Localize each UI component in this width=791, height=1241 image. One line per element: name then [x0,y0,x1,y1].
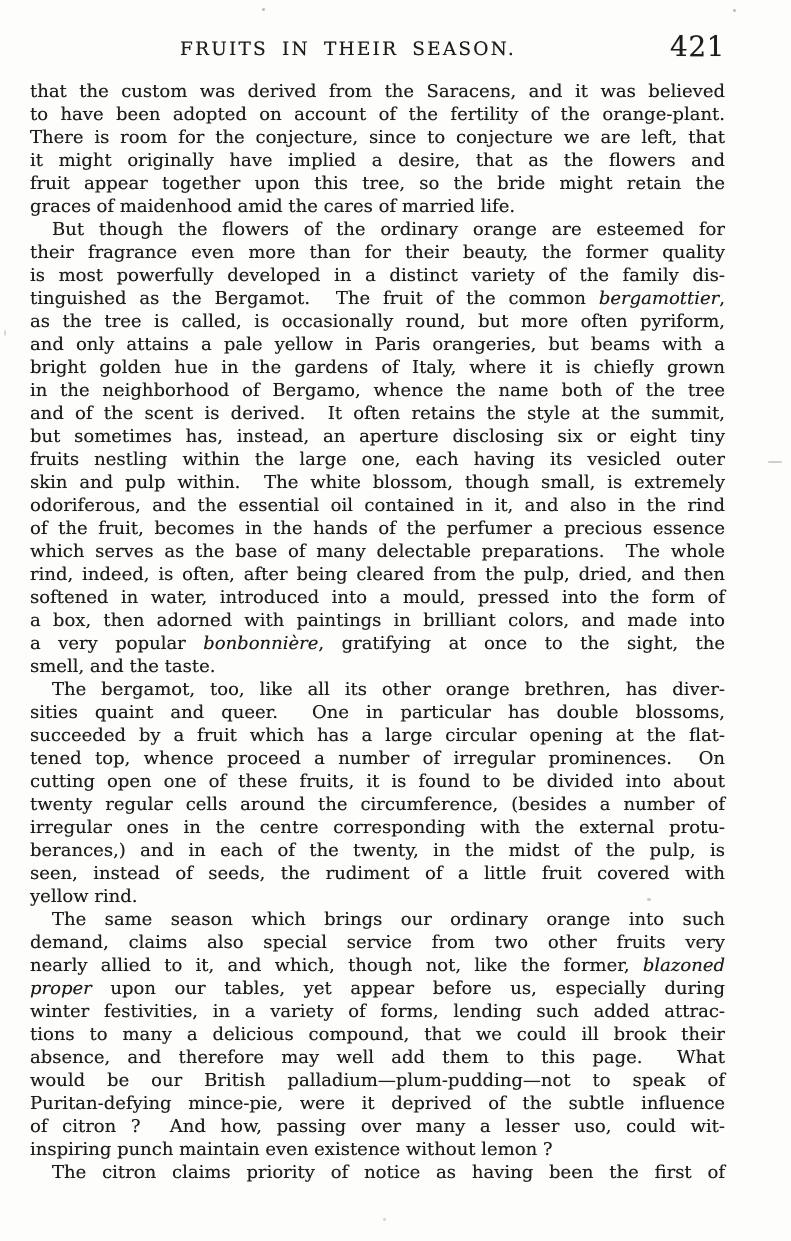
running-title: FRUITS IN THEIR SEASON. [180,39,516,60]
text-run: that the custom was derived from the Sar… [30,81,725,102]
text-line: Puritan-defying mince-pie, were it depri… [30,1092,725,1115]
text-run: Puritan-defying mince-pie, were it depri… [30,1093,725,1114]
text-run: The bergamot, too, like all its other or… [52,679,725,700]
text-run: winter festivities, in a variety of form… [30,1001,725,1022]
page-header: FRUITS IN THEIR SEASON. 421 [30,30,725,66]
text-line: of citron ? And how, passing over many a… [30,1115,725,1138]
italic-text: proper [30,978,92,999]
text-line: The bergamot, too, like all its other or… [30,678,725,701]
text-run: is most powerfully developed in a distin… [30,265,725,286]
text-run: tinguished as the Bergamot. The fruit of… [30,288,599,309]
text-run: upon our tables, yet appear before us, e… [92,978,725,999]
text-run: , gratifying at once to the sight, the [318,633,725,654]
text-line: berances,) and in each of the twenty, in… [30,839,725,862]
text-run: graces of maidenhood amid the cares of m… [30,196,515,217]
paragraph: that the custom was derived from the Sar… [30,80,725,218]
scan-speck [383,1218,386,1221]
text-line: absence, and therefore may well add them… [30,1046,725,1069]
text-line: but sometimes has, instead, an aperture … [30,425,725,448]
scanned-book-page: FRUITS IN THEIR SEASON. 421 that the cus… [0,0,791,1241]
text-run: bright golden hue in the gardens of Ital… [30,357,725,378]
text-line: tions to many a delicious compound, that… [30,1023,725,1046]
page-body: that the custom was derived from the Sar… [30,80,725,1184]
text-line: softened in water, introduced into a mou… [30,586,725,609]
scan-speck [647,898,651,901]
italic-text: bonbonnière [203,633,318,654]
text-run: There is room for the conjecture, since … [30,127,725,148]
text-line: twenty regular cells around the circumfe… [30,793,725,816]
text-run: fruit appear together upon this tree, so… [30,173,725,194]
text-line: graces of maidenhood amid the cares of m… [30,195,725,218]
text-line: bright golden hue in the gardens of Ital… [30,356,725,379]
text-run: But though the flowers of the ordinary o… [52,219,725,240]
text-line: succeeded by a fruit which has a large c… [30,724,725,747]
text-run: in the neighborhood of Bergamo, whence t… [30,380,725,401]
scan-speck [262,8,265,11]
italic-text: bergamottier [599,288,719,309]
text-run: rind, indeed, is often, after being clea… [30,564,725,585]
page-number: 421 [670,30,725,63]
text-run: demand, claims also special service from… [30,932,725,953]
text-run: as the tree is called, is occasionally r… [30,311,725,332]
text-line: to have been adopted on account of the f… [30,103,725,126]
text-line: fruits nestling within the large one, ea… [30,448,725,471]
text-line: is most powerfully developed in a distin… [30,264,725,287]
text-run: seen, instead of seeds, the rudiment of … [30,863,725,884]
text-line: would be our British palladium—plum-pudd… [30,1069,725,1092]
text-line: proper upon our tables, yet appear befor… [30,977,725,1000]
text-run: tened top, whence proceed a number of ir… [30,748,725,769]
paragraph: The citron claims priority of notice as … [30,1161,725,1184]
text-line: and of the scent is derived. It often re… [30,402,725,425]
text-run: it might originally have implied a desir… [30,150,725,171]
text-run: tions to many a delicious compound, that… [30,1024,725,1045]
text-line: smell, and the taste. [30,655,725,678]
scan-speck [4,330,6,336]
text-line: a box, then adorned with paintings in br… [30,609,725,632]
text-line: it might originally have implied a desir… [30,149,725,172]
text-run: fruits nestling within the large one, ea… [30,449,725,470]
text-run: odoriferous, and the essential oil conta… [30,495,725,516]
text-line: inspiring punch maintain even existence … [30,1138,725,1161]
text-line: tinguished as the Bergamot. The fruit of… [30,287,725,310]
text-run: The citron claims priority of notice as … [52,1162,725,1183]
text-line: a very popular bonbonnière, gratifying a… [30,632,725,655]
text-run: cutting open one of these fruits, it is … [30,771,725,792]
text-run: of the fruit, becomes in the hands of th… [30,518,725,539]
text-line: The citron claims priority of notice as … [30,1161,725,1184]
text-run: berances,) and in each of the twenty, in… [30,840,725,861]
text-line: The same season which brings our ordinar… [30,908,725,931]
text-run: irregular ones in the centre correspondi… [30,817,725,838]
text-line: that the custom was derived from the Sar… [30,80,725,103]
text-line: rind, indeed, is often, after being clea… [30,563,725,586]
text-run: would be our British palladium—plum-pudd… [30,1070,725,1091]
text-run: succeeded by a fruit which has a large c… [30,725,725,746]
paragraph: The same season which brings our ordinar… [30,908,725,1161]
text-run: nearly allied to it, and which, though n… [30,955,643,976]
text-line: and only attains a pale yellow in Paris … [30,333,725,356]
text-run: sities quaint and queer. One in particul… [30,702,725,723]
text-line: cutting open one of these fruits, it is … [30,770,725,793]
text-line: skin and pulp within. The white blossom,… [30,471,725,494]
scan-speck [733,9,736,12]
text-run: skin and pulp within. The white blossom,… [30,472,725,493]
text-line: sities quaint and queer. One in particul… [30,701,725,724]
text-run: twenty regular cells around the circumfe… [30,794,725,815]
text-run: their fragrance even more than for their… [30,242,725,263]
text-run: absence, and therefore may well add them… [30,1047,725,1068]
text-run: to have been adopted on account of the f… [30,104,725,125]
text-line: demand, claims also special service from… [30,931,725,954]
text-line: fruit appear together upon this tree, so… [30,172,725,195]
text-line: yellow rind. [30,885,725,908]
text-run: of citron ? And how, passing over many a… [30,1116,725,1137]
paragraph: But though the flowers of the ordinary o… [30,218,725,678]
text-run: smell, and the taste. [30,656,216,677]
text-line: But though the flowers of the ordinary o… [30,218,725,241]
text-run: which serves as the base of many delecta… [30,541,725,562]
text-run: , [719,288,725,309]
paragraph: The bergamot, too, like all its other or… [30,678,725,908]
text-line: irregular ones in the centre correspondi… [30,816,725,839]
text-run: The same season which brings our ordinar… [52,909,725,930]
scan-speck [768,461,782,463]
text-line: nearly allied to it, and which, though n… [30,954,725,977]
text-run: but sometimes has, instead, an aperture … [30,426,725,447]
text-line: in the neighborhood of Bergamo, whence t… [30,379,725,402]
text-line: as the tree is called, is occasionally r… [30,310,725,333]
text-line: There is room for the conjecture, since … [30,126,725,149]
text-line: seen, instead of seeds, the rudiment of … [30,862,725,885]
text-line: tened top, whence proceed a number of ir… [30,747,725,770]
text-run: and of the scent is derived. It often re… [30,403,725,424]
italic-text: blazoned [643,955,725,976]
text-run: softened in water, introduced into a mou… [30,587,725,608]
text-run: inspiring punch maintain even existence … [30,1139,553,1160]
text-line: odoriferous, and the essential oil conta… [30,494,725,517]
text-line: which serves as the base of many delecta… [30,540,725,563]
text-line: of the fruit, becomes in the hands of th… [30,517,725,540]
text-run: a very popular [30,633,203,654]
text-run: yellow rind. [30,886,138,907]
text-line: their fragrance even more than for their… [30,241,725,264]
text-line: winter festivities, in a variety of form… [30,1000,725,1023]
text-run: a box, then adorned with paintings in br… [30,610,725,631]
text-run: and only attains a pale yellow in Paris … [30,334,725,355]
